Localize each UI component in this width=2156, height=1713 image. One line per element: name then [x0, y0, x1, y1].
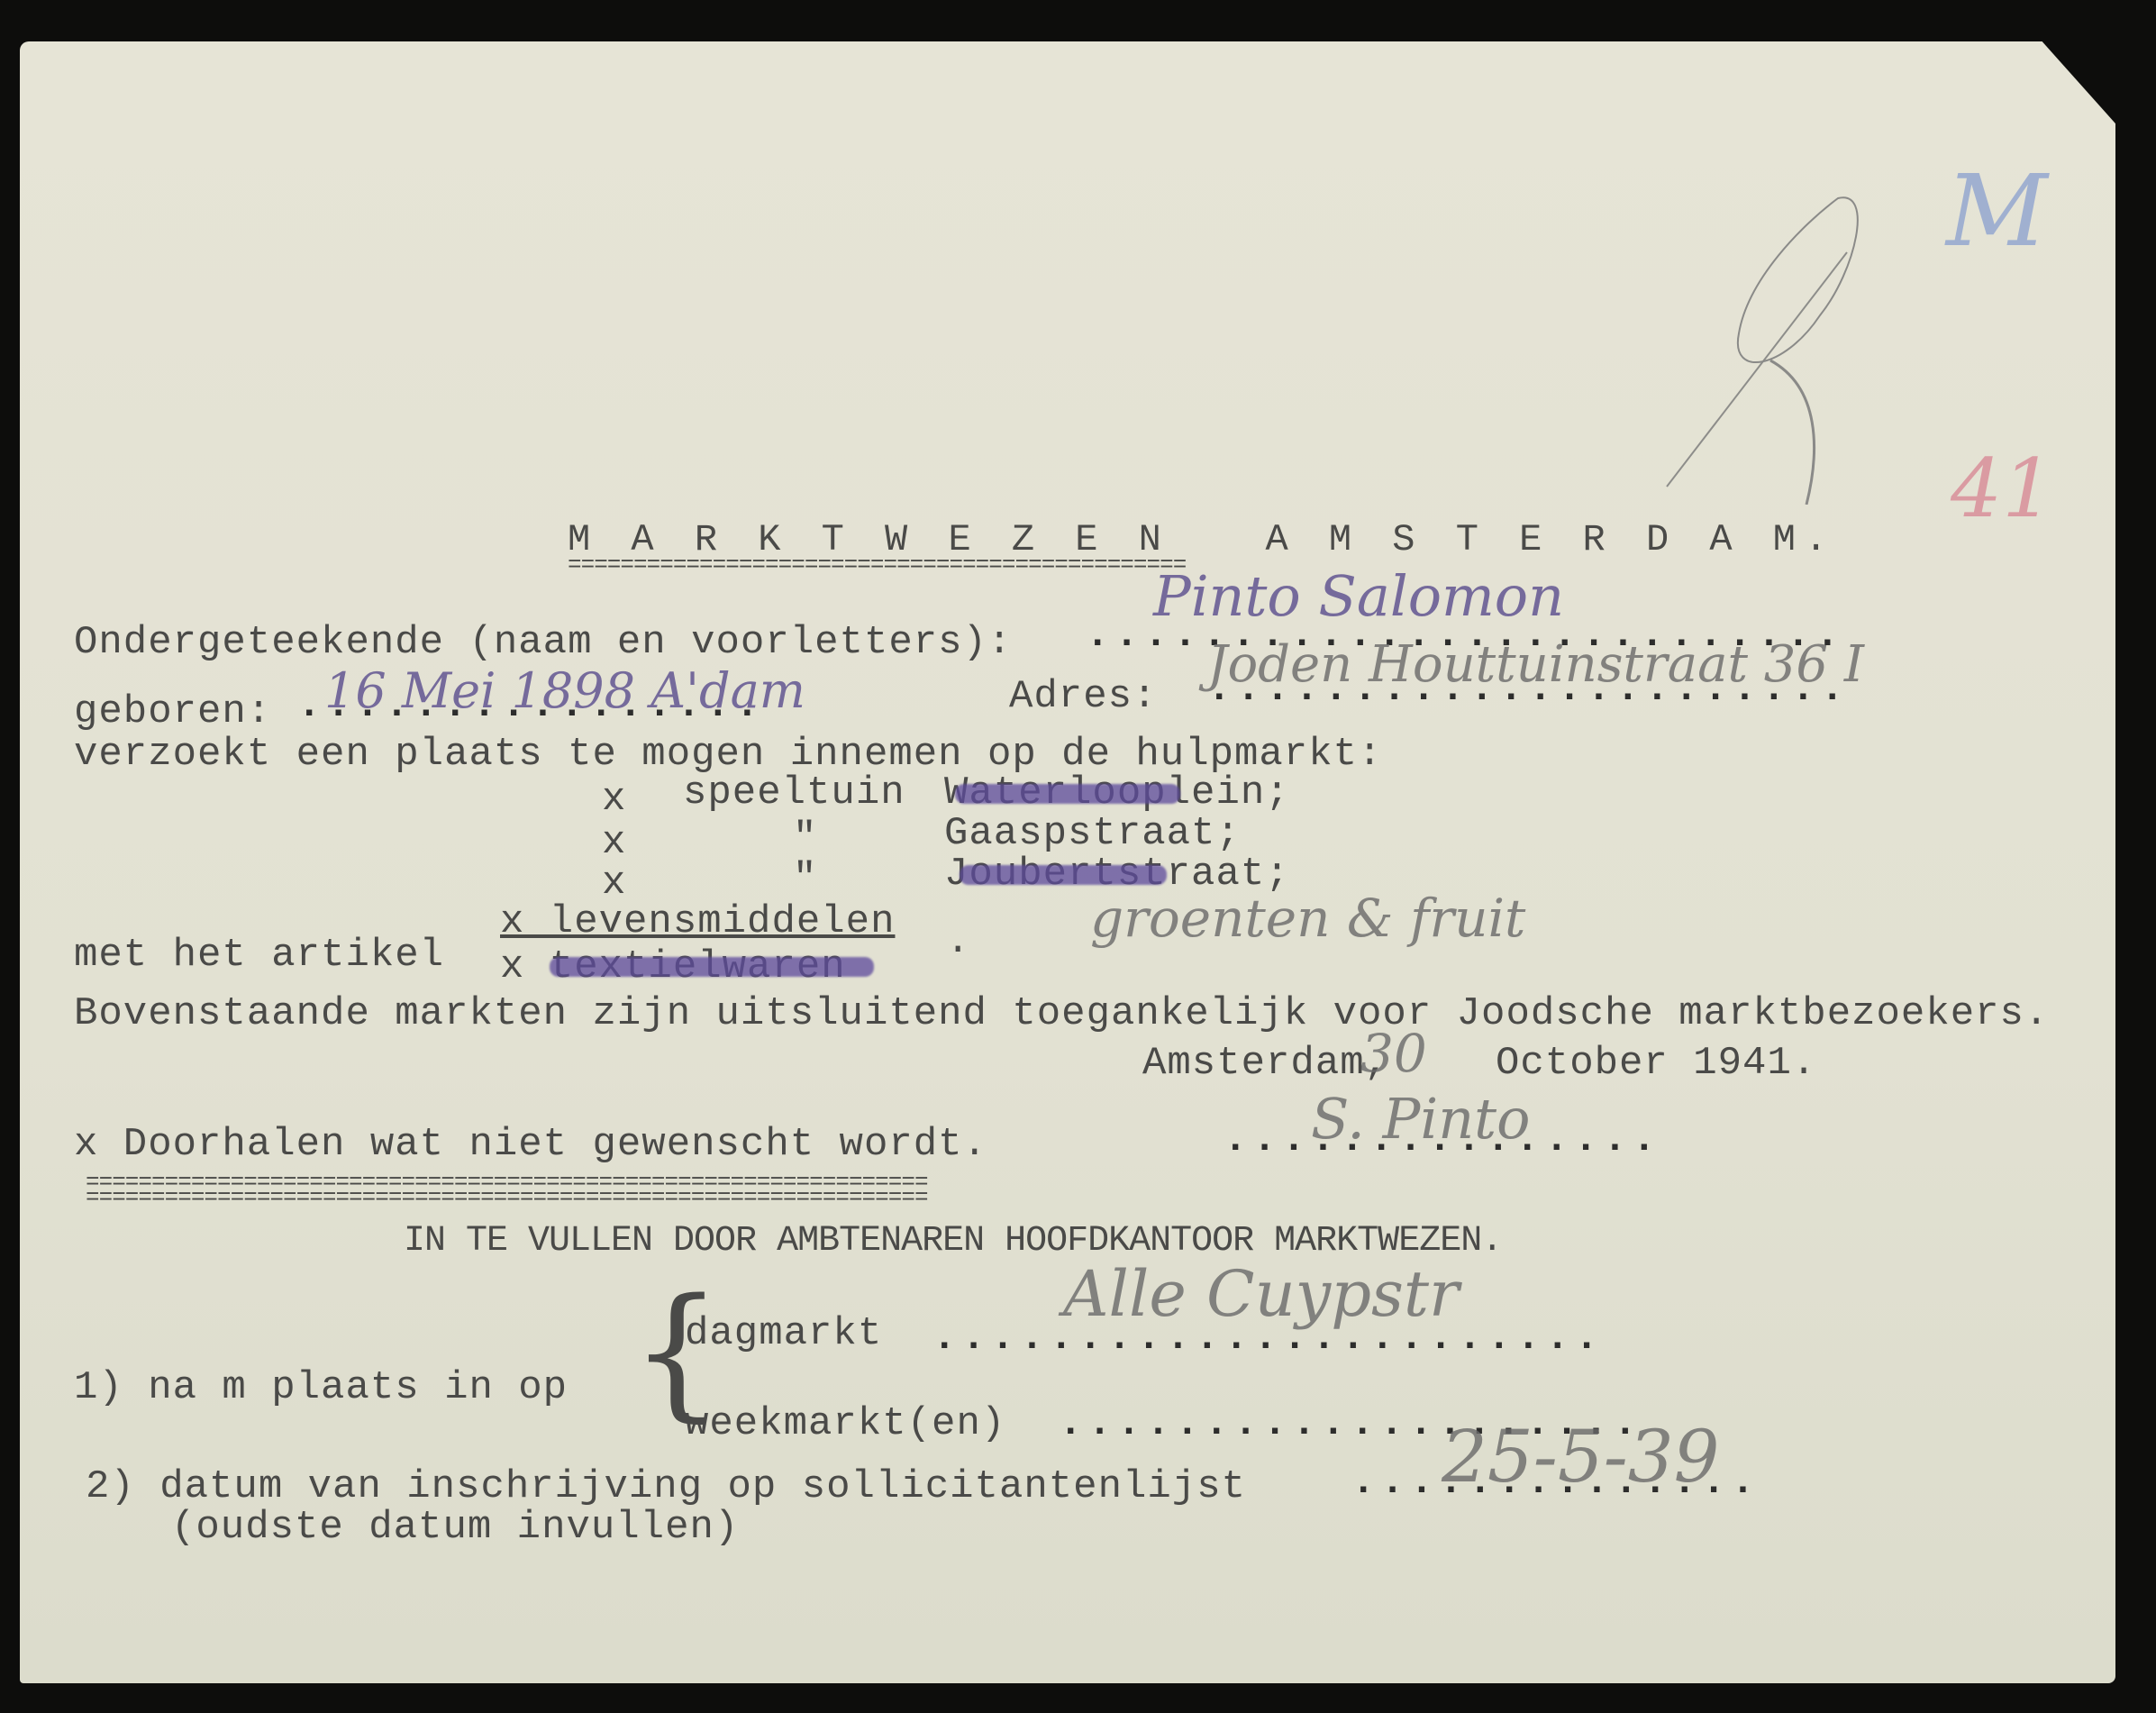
strikethrough	[550, 957, 874, 977]
official-heading: IN TE VULLEN DOOR AMBTENAREN HOOFDKANTOO…	[404, 1221, 1502, 1262]
article-option-food[interactable]: x levensmiddelen	[500, 899, 895, 944]
strikethrough	[960, 865, 1167, 885]
notice-text: Bovenstaande markten zijn uitsluitend to…	[74, 991, 2049, 1036]
address-value[interactable]: Joden Houttuinstraat 36 I	[1207, 635, 1864, 694]
born-value[interactable]: 16 Mei 1898 A'dam	[324, 662, 805, 719]
blue-margin-mark: M	[1946, 153, 2048, 269]
name-label: Ondergeteekende (naam en voorletters):	[74, 620, 1012, 665]
place-date-suffix: October 1941.	[1496, 1041, 1816, 1086]
item2-note: (oudste datum invullen)	[171, 1505, 739, 1550]
section-separator: ========================================…	[86, 1191, 2077, 1204]
article-period: .	[946, 919, 970, 964]
place-date-prefix: Amsterdam,	[1142, 1041, 1389, 1086]
born-label: geboren:	[74, 689, 271, 734]
section-separator: ========================================…	[86, 1176, 2077, 1189]
item2-value[interactable]: 25-5-39	[1442, 1415, 1720, 1499]
name-value[interactable]: Pinto Salomon	[1153, 563, 1564, 629]
option-place-gaaspstraat: Gaaspstraat;	[944, 811, 1241, 856]
signature[interactable]: S. Pinto	[1311, 1086, 1530, 1152]
place-date-day[interactable]: 30	[1360, 1023, 1427, 1084]
pencil-mark-icon	[1640, 180, 1874, 505]
option-prefix: "	[793, 815, 817, 861]
dagmarkt-value[interactable]: Alle Cuypstr	[1063, 1257, 1460, 1331]
item1-label: 1) na m plaats in op	[74, 1365, 568, 1410]
item1-option-weekmarkt: weekmarkt(en)	[685, 1401, 1005, 1446]
strikethrough	[955, 784, 1180, 804]
item2-label: 2) datum van inschrijving op sollicitant…	[86, 1464, 1246, 1509]
article-label: met het artikel	[74, 933, 444, 978]
address-label: Adres:	[1009, 674, 1157, 719]
document-title: M A R K T W E Z E N A M S T E R D A M.	[568, 518, 1836, 561]
option-mark[interactable]: x	[602, 820, 626, 865]
red-margin-mark: 41	[1951, 442, 2054, 536]
option-prefix: "	[793, 856, 817, 901]
item1-option-dagmarkt: dagmarkt	[685, 1311, 882, 1356]
footnote-text: x Doorhalen wat niet gewenscht wordt.	[74, 1122, 987, 1167]
option-mark[interactable]: x	[602, 777, 626, 822]
option-prefix: speeltuin	[683, 770, 905, 815]
article-handwritten[interactable]: groenten & fruit	[1090, 888, 1525, 949]
